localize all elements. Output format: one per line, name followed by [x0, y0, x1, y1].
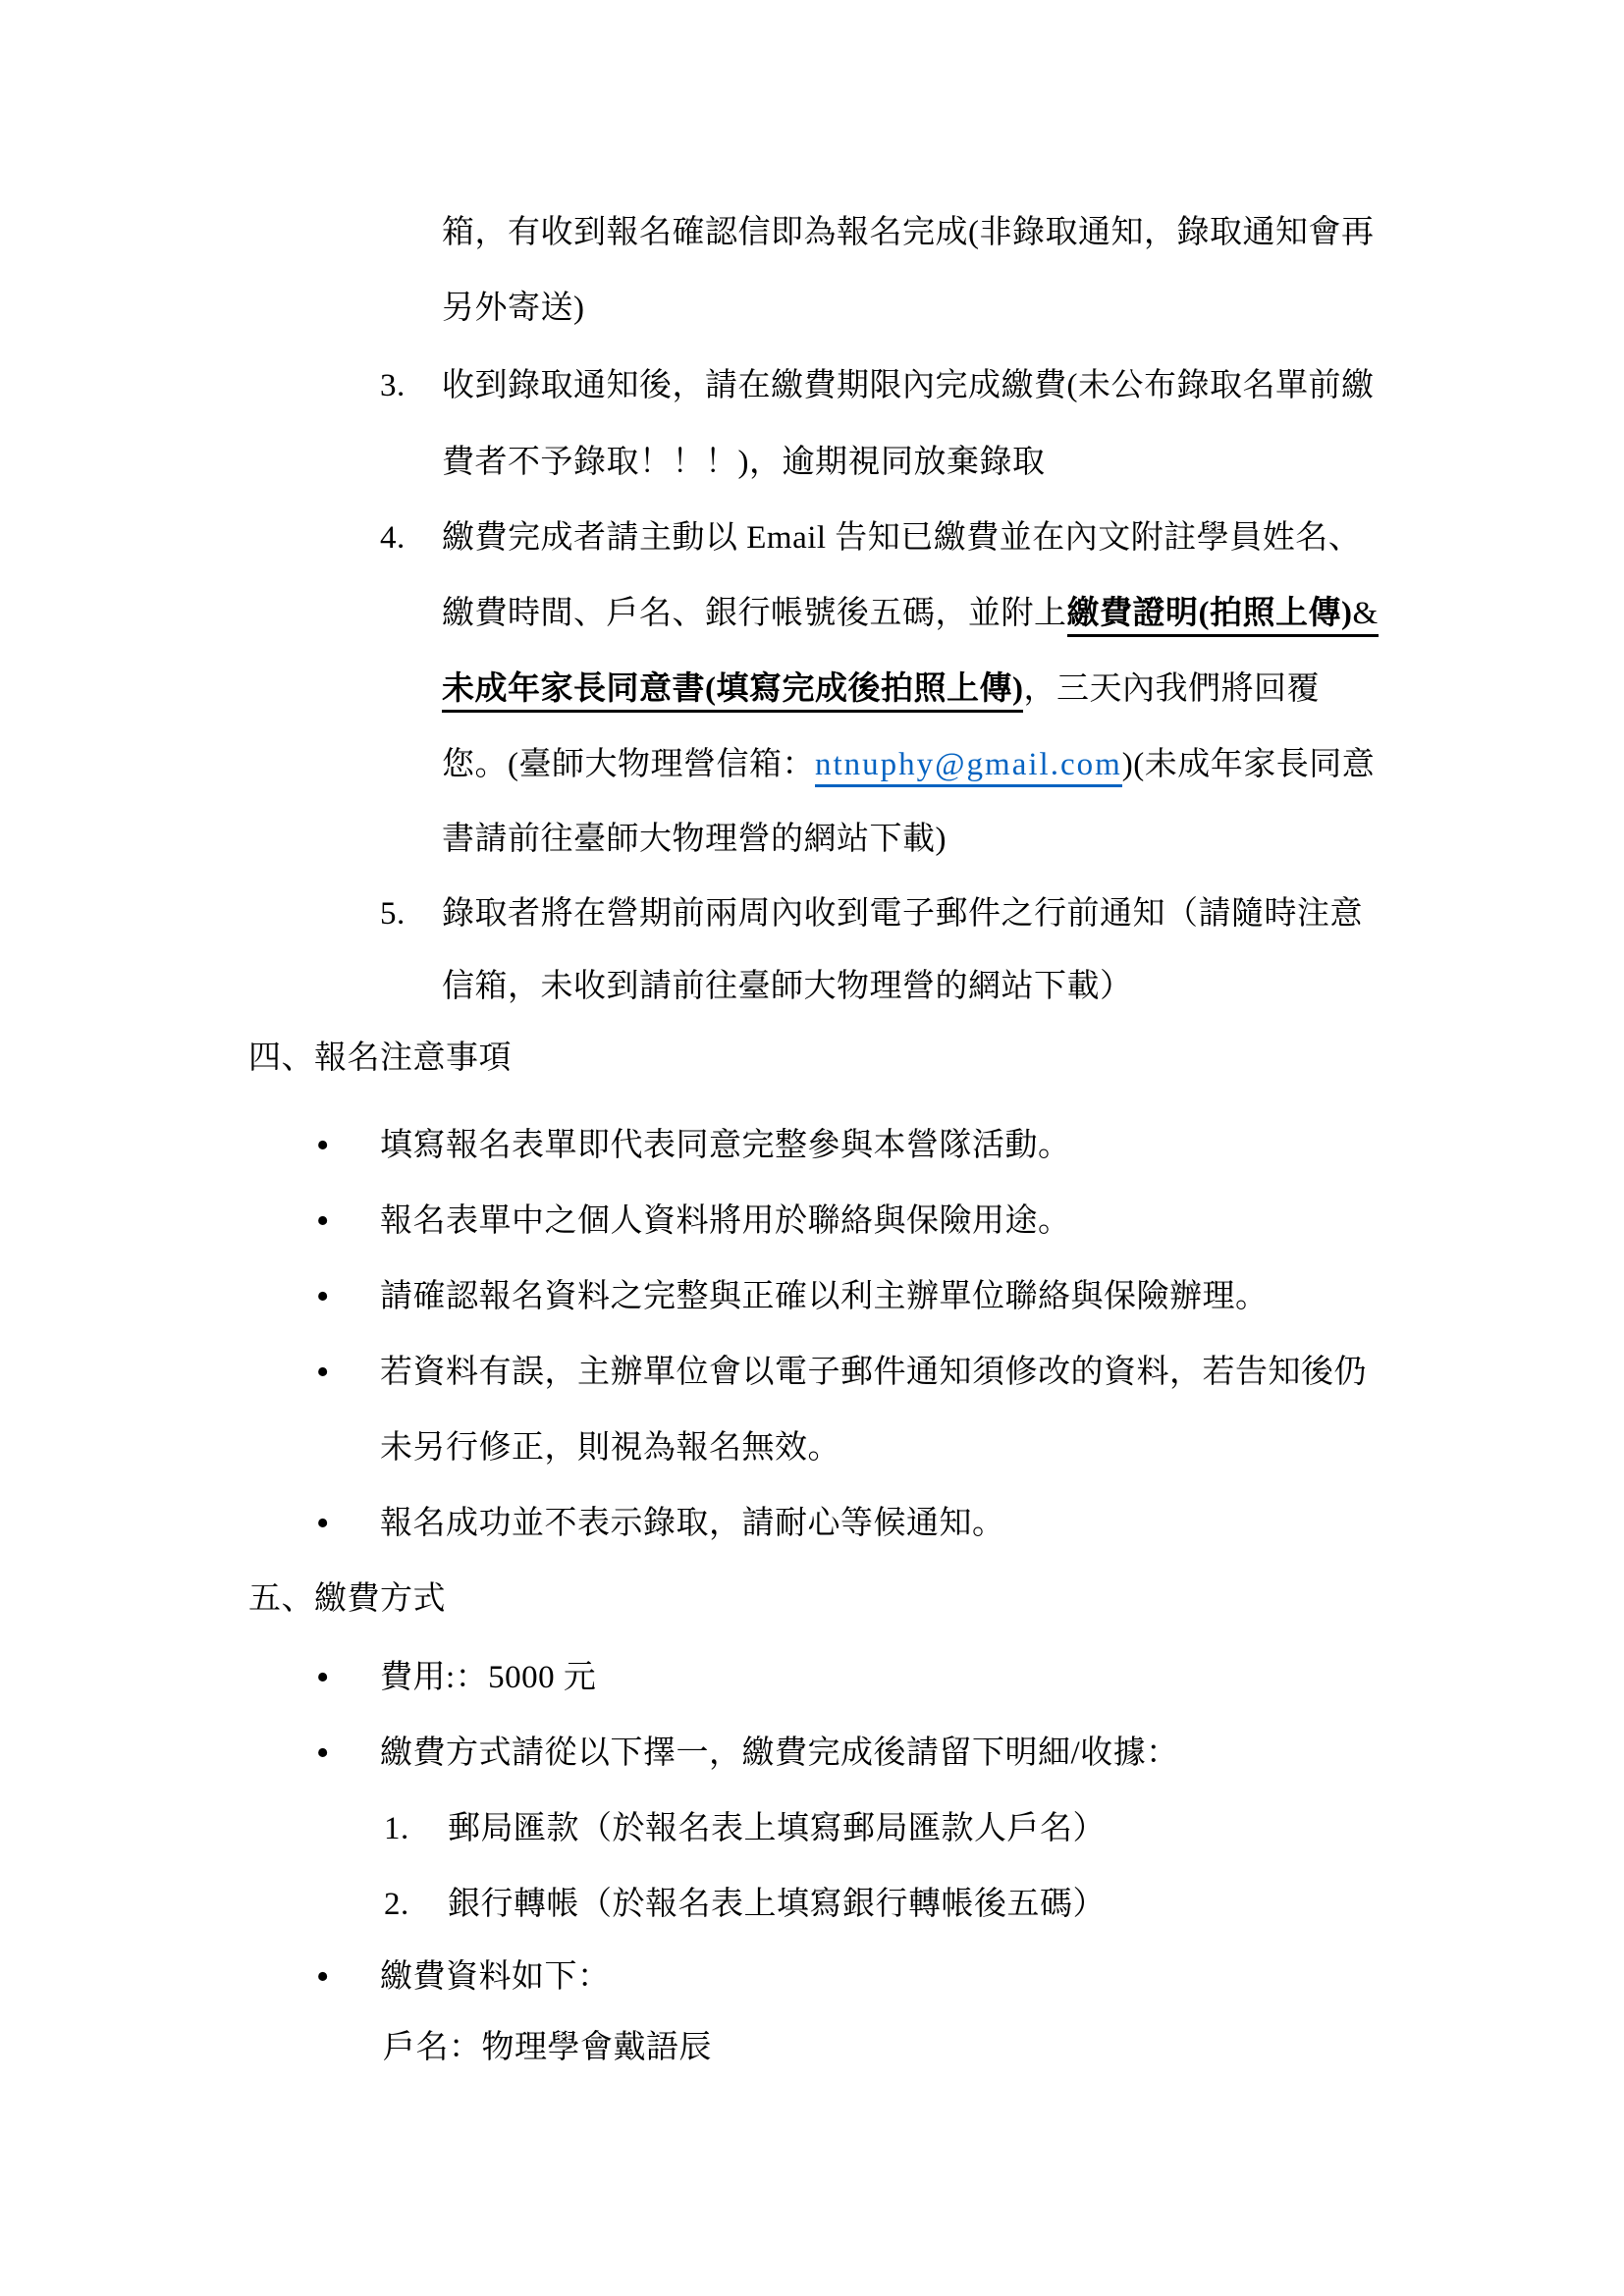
numbered-item-5: 5.錄取者將在營期前兩周內收到電子郵件之行前通知（請隨時注意	[380, 898, 1363, 931]
item5-text-line2: 信箱，未收到請前往臺師大物理營的網站下載）	[442, 971, 1133, 1003]
sub-item-2-text: 銀行轉帳（於報名表上填寫銀行轉帳後五碼）	[448, 1887, 1106, 1922]
section4-bullet-3: •請確認報名資料之完整與正確以利主辦單位聯絡與保險辦理。	[316, 1281, 1269, 1313]
item4-text-line5: 書請前往臺師大物理營的網站下載)	[442, 824, 947, 856]
section4-bullet-3-text: 請確認報名資料之完整與正確以利主辦單位聯絡與保險辦理。	[380, 1279, 1269, 1314]
section5-bullet-2: •繳費方式請從以下擇一，繳費完成後請留下明細/收據：	[316, 1737, 1179, 1770]
item2-continuation-line1: 箱，有收到報名確認信即為報名完成(非錄取通知，錄取通知會再	[442, 217, 1375, 249]
item4-line4-post: )(未成年家長同意	[1122, 747, 1375, 782]
numbered-item-3: 3.收到錄取通知後，請在繳費期限內完成繳費(未公布錄取名單前繳	[380, 370, 1375, 402]
bullet-icon: •	[316, 1205, 380, 1238]
item4-text-line3: 未成年家長同意書(填寫完成後拍照上傳)，三天內我們將回覆	[442, 673, 1320, 706]
item2-continuation-line2: 另外寄送)	[442, 293, 585, 325]
section4-bullet-2: •報名表單中之個人資料將用於聯絡與保險用途。	[316, 1205, 1071, 1238]
item4-text-line2: 繳費時間、戶名、銀行帳號後五碼，並附上繳費證明(拍照上傳)&	[442, 598, 1379, 630]
item5-text-line1: 錄取者將在營期前兩周內收到電子郵件之行前通知（請隨時注意	[442, 896, 1363, 932]
sub-item-1-text: 郵局匯款（於報名表上填寫郵局匯款人戶名）	[448, 1811, 1106, 1846]
item3-text-line1: 收到錄取通知後，請在繳費期限內完成繳費(未公布錄取名單前繳	[442, 368, 1375, 403]
payment-choice-text: 繳費方式請從以下擇一，繳費完成後請留下明細/收據：	[380, 1735, 1179, 1771]
section4-bullet-1: •填寫報名表單即代表同意完整參與本營隊活動。	[316, 1130, 1071, 1162]
section4-bullet-4-text: 若資料有誤，主辦單位會以電子郵件通知須修改的資料，若告知後仍	[380, 1355, 1367, 1390]
payment-info-label: 繳費資料如下：	[380, 1959, 611, 1995]
bullet-icon: •	[316, 1737, 380, 1770]
item4-line4-pre: 您。(臺師大物理營信箱：	[442, 747, 815, 782]
item4-line2-ampersand: &	[1352, 596, 1378, 637]
section4-bullet-5: •報名成功並不表示錄取，請耐心等候通知。	[316, 1508, 1005, 1540]
item4-line2-bold-underline: 繳費證明(拍照上傳)	[1067, 596, 1353, 637]
bullet-icon: •	[316, 1508, 380, 1540]
payment-account-line: 戶名：物理學會戴語辰	[383, 2032, 712, 2064]
item4-text-line1: 繳費完成者請主動以 Email 告知已繳費並在內文附註學員姓名、	[442, 520, 1361, 556]
payment-sub-item-1: 1.郵局匯款（於報名表上填寫郵局匯款人戶名）	[384, 1813, 1106, 1845]
sub-item-1-number: 1.	[384, 1813, 448, 1845]
item3-text-line2: 費者不予錄取！！！)，逾期視同放棄錄取	[442, 447, 1046, 479]
section4-bullet-5-text: 報名成功並不表示錄取，請耐心等候通知。	[380, 1506, 1005, 1541]
item4-line3-bold-underline: 未成年家長同意書(填寫完成後拍照上傳)	[442, 671, 1023, 713]
bullet-icon: •	[316, 1281, 380, 1313]
bullet-icon: •	[316, 1662, 380, 1694]
section4-bullet-2-text: 報名表單中之個人資料將用於聯絡與保險用途。	[380, 1203, 1071, 1239]
section4-heading: 四、報名注意事項	[248, 1042, 512, 1075]
numbered-item-4: 4.繳費完成者請主動以 Email 告知已繳費並在內文附註學員姓名、	[380, 522, 1361, 555]
sub-item-2-number: 2.	[384, 1889, 448, 1921]
item4-text-line4: 您。(臺師大物理營信箱：ntnuphy@gmail.com)(未成年家長同意	[442, 749, 1375, 781]
fee-amount-text: 費用:：5000 元	[380, 1660, 596, 1695]
item4-line3-regular: ，三天內我們將回覆	[1023, 671, 1320, 707]
section4-bullet-4: •若資料有誤，主辦單位會以電子郵件通知須修改的資料，若告知後仍	[316, 1357, 1367, 1389]
bullet-icon: •	[316, 1357, 380, 1389]
item4-line2-regular: 繳費時間、戶名、銀行帳號後五碼，並附上	[442, 596, 1067, 631]
email-link[interactable]: ntnuphy@gmail.com	[815, 747, 1122, 787]
section5-bullet-1: •費用:：5000 元	[316, 1662, 596, 1694]
item3-number: 3.	[380, 370, 442, 402]
section4-bullet-4-line2: 未另行修正，則視為報名無效。	[380, 1432, 840, 1465]
item4-number: 4.	[380, 522, 442, 555]
bullet-icon: •	[316, 1961, 380, 1994]
section4-bullet-1-text: 填寫報名表單即代表同意完整參與本營隊活動。	[380, 1128, 1071, 1163]
document-page: 箱，有收到報名確認信即為報名完成(非錄取通知，錄取通知會再 另外寄送) 3.收到…	[0, 0, 1624, 2296]
item5-number: 5.	[380, 898, 442, 931]
section5-heading: 五、繳費方式	[248, 1583, 446, 1616]
payment-sub-item-2: 2.銀行轉帳（於報名表上填寫銀行轉帳後五碼）	[384, 1889, 1106, 1921]
bullet-icon: •	[316, 1130, 380, 1162]
section5-bullet-3: •繳費資料如下：	[316, 1961, 611, 1994]
